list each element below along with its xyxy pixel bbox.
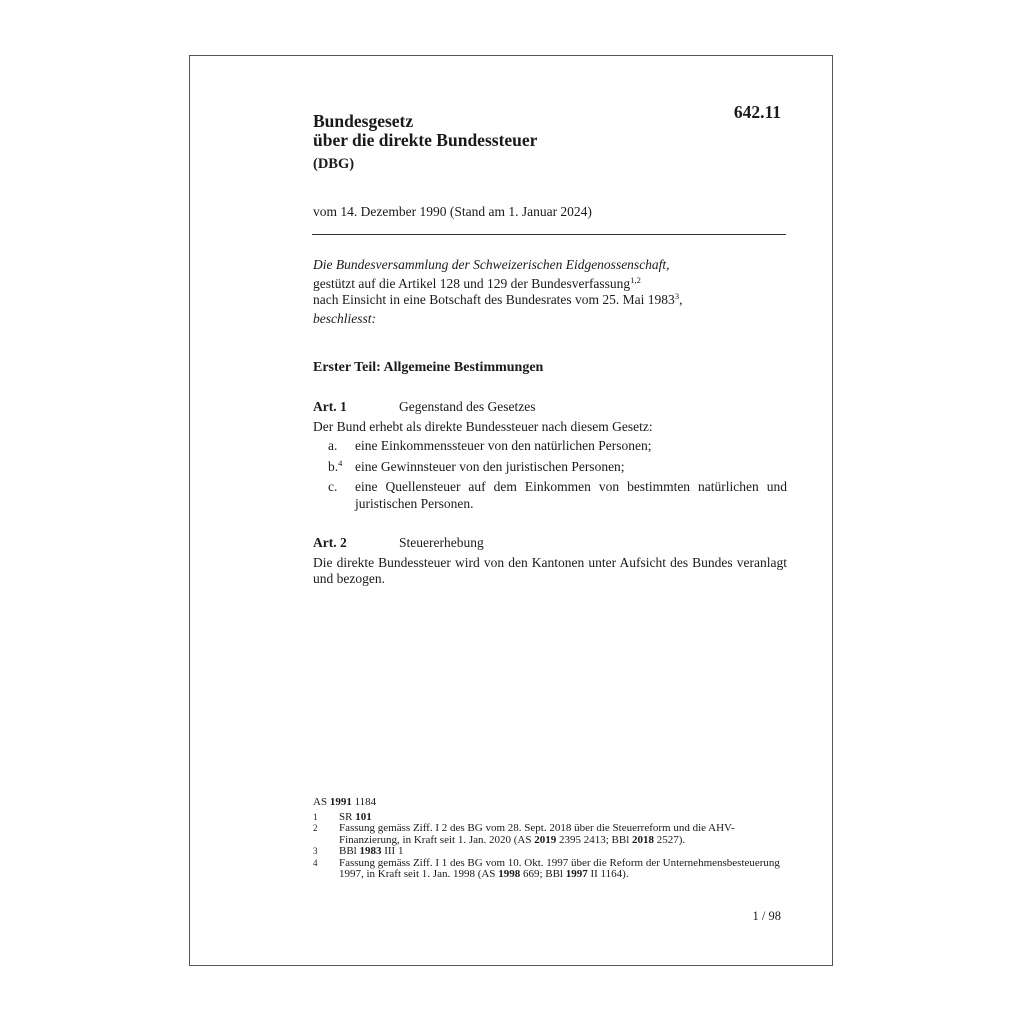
footnote-4: 4 Fassung gemäss Ziff. I 1 des BG vom 10… <box>313 858 783 881</box>
preamble-resolves: beschliesst: <box>313 311 783 327</box>
footnote-ref[interactable]: 4 <box>338 458 342 468</box>
article-body: Die direkte Bundessteuer wird von den Ka… <box>313 555 787 588</box>
list-item: c. eine Quellensteuer auf dem Einkommen … <box>313 479 787 512</box>
header-divider <box>312 234 786 235</box>
article-heading: Steuererhebung <box>399 535 484 552</box>
list-marker: c. <box>313 479 355 512</box>
official-collection-ref: AS 1991 1184 <box>313 797 783 809</box>
article-intro: Der Bund erhebt als direkte Bundessteuer… <box>313 419 787 436</box>
part-title: Erster Teil: Allgemeine Bestimmungen <box>313 360 543 376</box>
page-indicator: 1 / 98 <box>753 909 781 924</box>
article-number: Art. 2 <box>313 535 399 552</box>
article-list: a. eine Einkommenssteuer von den natürli… <box>313 438 787 512</box>
preamble-assembly: Die Bundesversammlung der Schweizerische… <box>313 257 783 273</box>
article-2: Art. 2 Steuererhebung Die direkte Bundes… <box>313 535 787 588</box>
preamble-message: nach Einsicht in eine Botschaft des Bund… <box>313 292 783 308</box>
law-title: Bundesgesetz über die direkte Bundessteu… <box>313 112 537 174</box>
law-abbreviation: (DBG) <box>313 155 537 174</box>
article-number: Art. 1 <box>313 399 399 416</box>
list-item: a. eine Einkommenssteuer von den natürli… <box>313 438 787 455</box>
sr-number: 642.11 <box>734 102 781 123</box>
preamble: Die Bundesversammlung der Schweizerische… <box>313 257 783 327</box>
list-marker: b.4 <box>313 459 355 476</box>
title-line-2: über die direkte Bundessteuer <box>313 130 537 150</box>
footnote-ref[interactable]: 1,2 <box>630 275 641 285</box>
footnote-2: 2 Fassung gemäss Ziff. I 2 des BG vom 28… <box>313 823 783 846</box>
list-item: b.4 eine Gewinnsteuer von den juristisch… <box>313 459 787 476</box>
enactment-date: vom 14. Dezember 1990 (Stand am 1. Janua… <box>313 204 592 220</box>
footnotes: AS 1991 1184 1 SR 101 2 Fassung gemäss Z… <box>313 797 783 881</box>
article-heading: Gegenstand des Gesetzes <box>399 399 535 416</box>
preamble-basis: gestützt auf die Artikel 128 und 129 der… <box>313 276 783 292</box>
article-1: Art. 1 Gegenstand des Gesetzes Der Bund … <box>313 399 787 516</box>
title-line-1: Bundesgesetz <box>313 111 413 131</box>
list-marker: a. <box>313 438 355 455</box>
document-page: Bundesgesetz über die direkte Bundessteu… <box>189 55 833 966</box>
